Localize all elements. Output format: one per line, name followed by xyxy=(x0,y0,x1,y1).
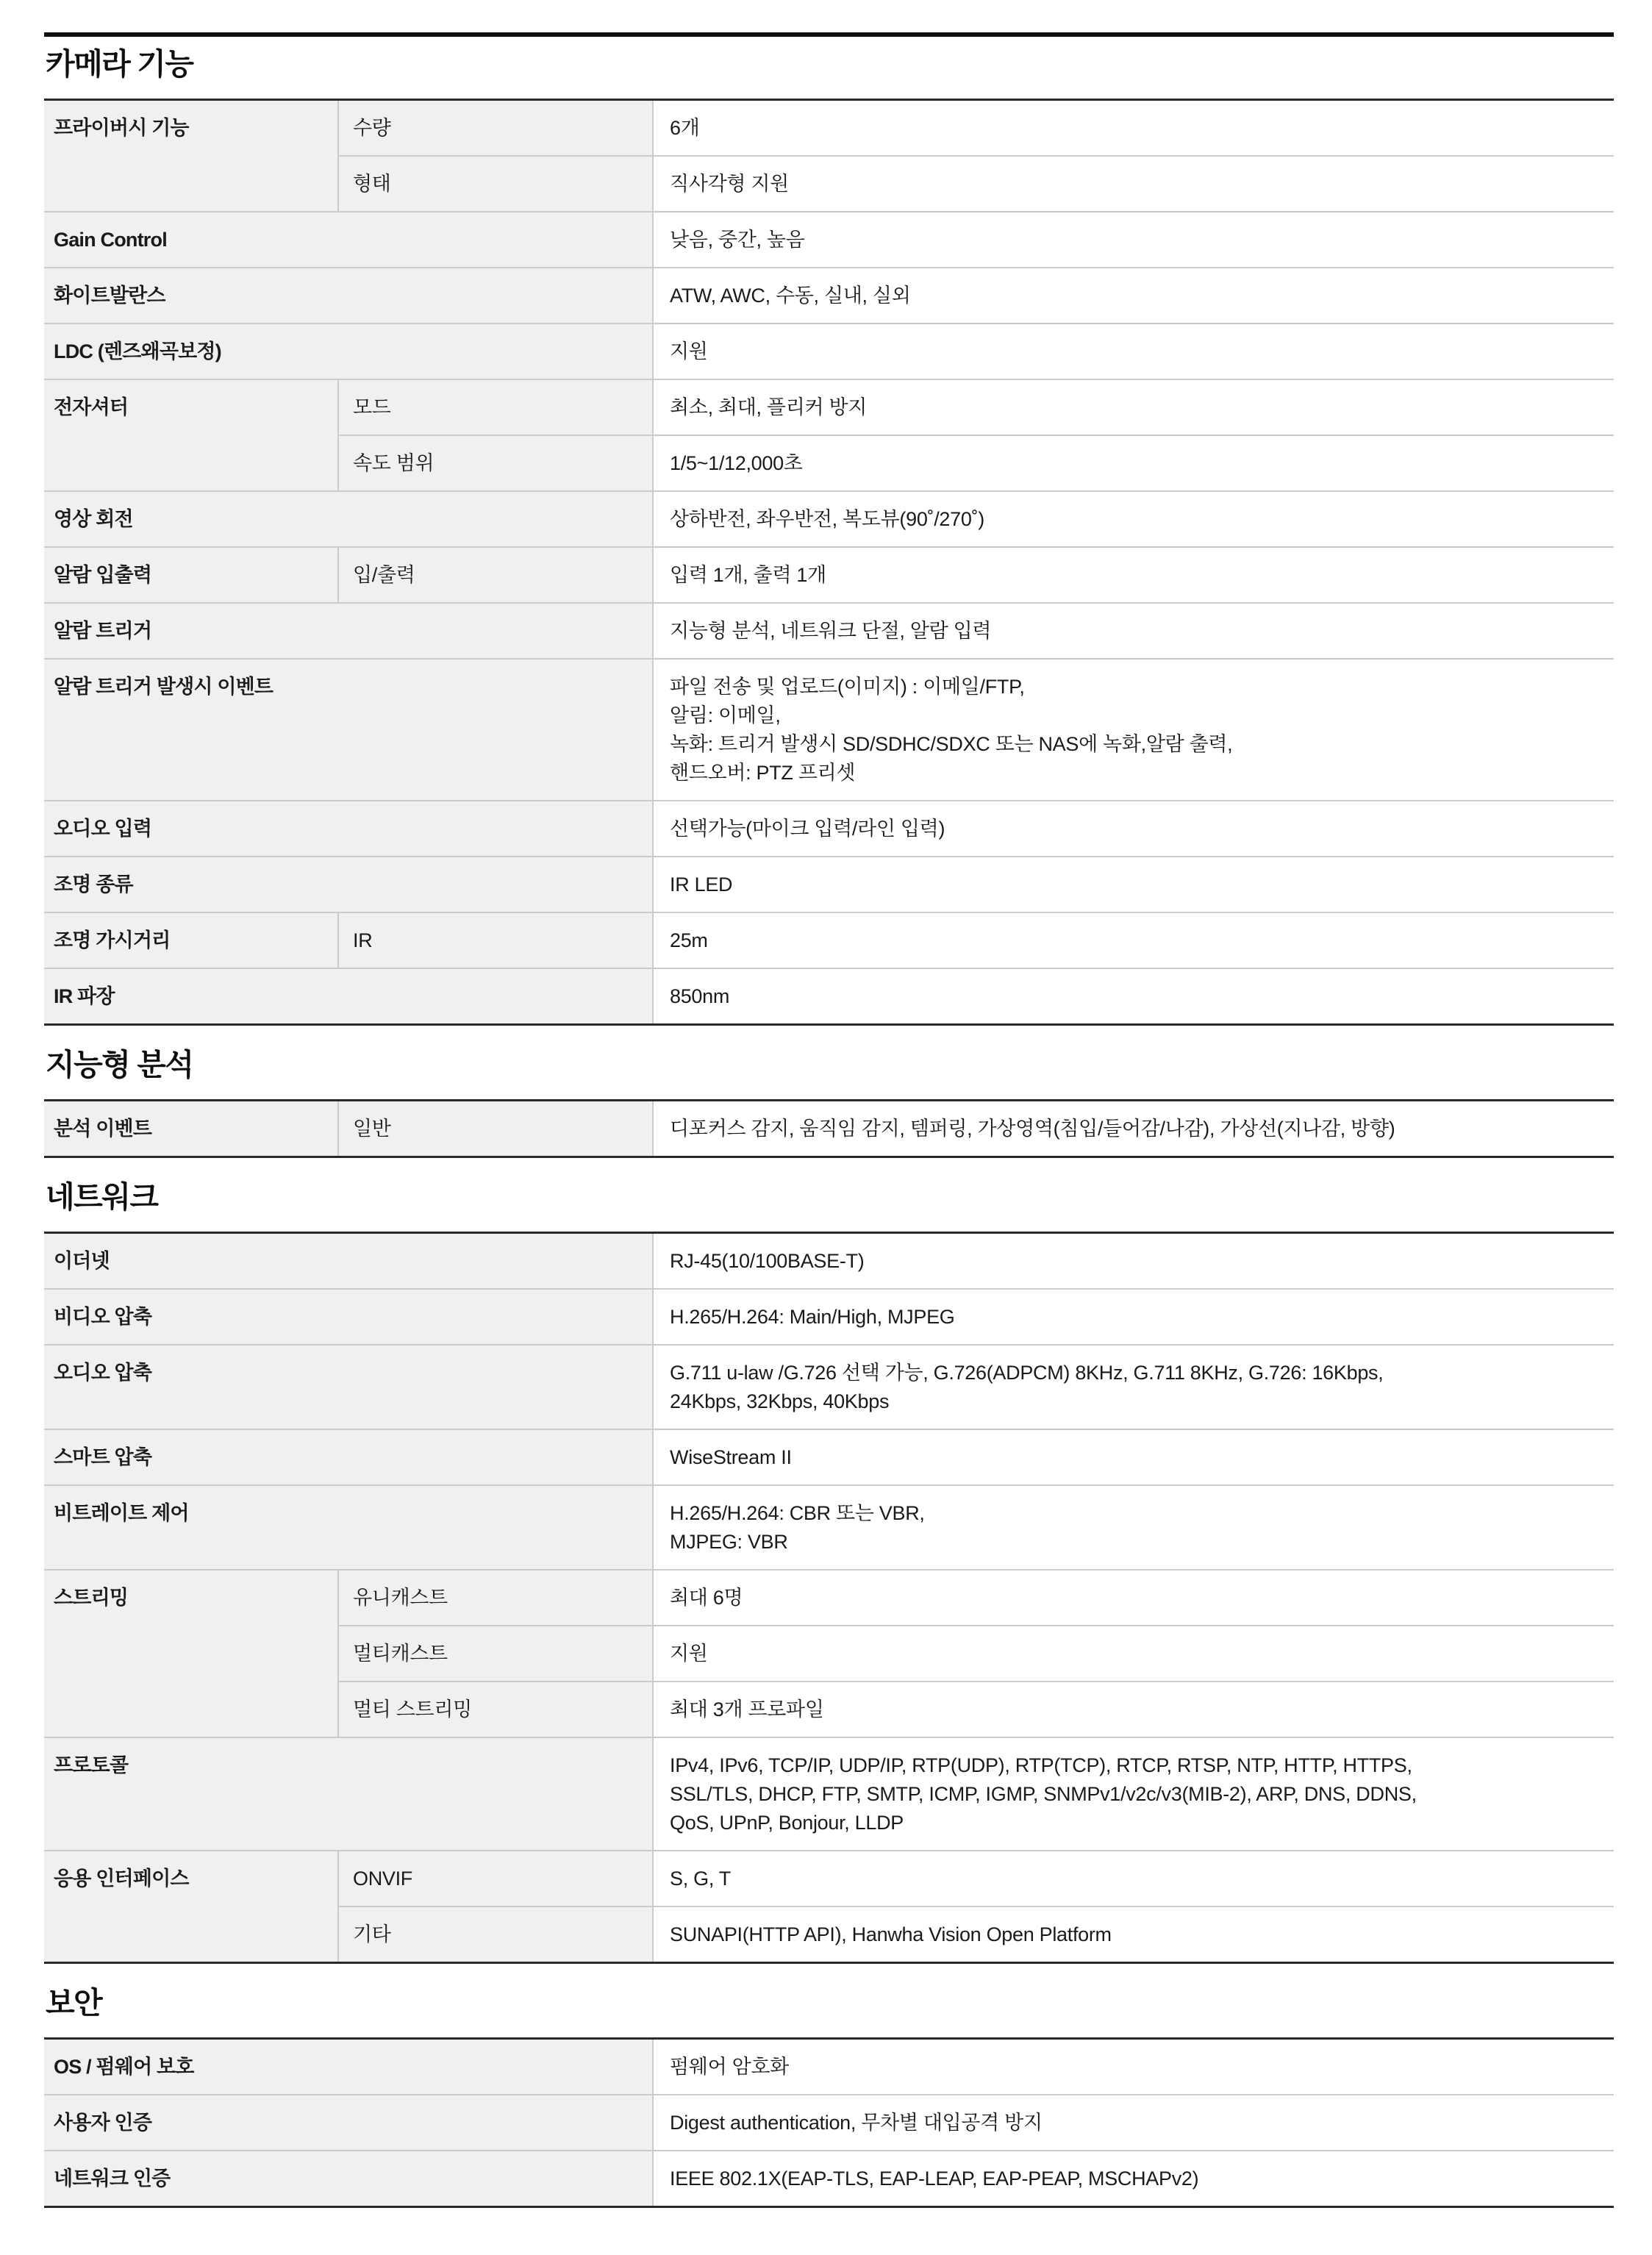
row-value-cell: 상하반전, 좌우반전, 복도뷰(90˚/270˚) xyxy=(653,491,1614,547)
row-value-cell: 1/5~1/12,000초 xyxy=(653,435,1614,491)
row-value-cell: 파일 전송 및 업로드(이미지) : 이메일/FTP,알림: 이메일,녹화: 트… xyxy=(653,659,1614,801)
row-label-cell: 분석 이벤트 xyxy=(44,1101,338,1157)
value-line: 알림: 이메일, xyxy=(670,701,1605,730)
row-value-cell: 지능형 분석, 네트워크 단절, 알람 입력 xyxy=(653,603,1614,659)
row-sublabel-cell: 멀티캐스트 xyxy=(338,1626,653,1682)
value-line: 낮음, 중간, 높음 xyxy=(670,226,1605,254)
table-row: 이더넷RJ-45(10/100BASE-T) xyxy=(44,1233,1614,1290)
table-row: 스마트 압축WiseStream II xyxy=(44,1429,1614,1485)
value-line: QoS, UPnP, Bonjour, LLDP xyxy=(670,1809,1605,1837)
value-line: SSL/TLS, DHCP, FTP, SMTP, ICMP, IGMP, SN… xyxy=(670,1780,1605,1809)
value-line: H.265/H.264: CBR 또는 VBR, xyxy=(670,1499,1605,1528)
row-sublabel-cell: 모드 xyxy=(338,379,653,435)
row-label-cell: 응용 인터페이스 xyxy=(44,1851,338,1963)
spec-section: 보안OS / 펌웨어 보호펌웨어 암호화사용자 인증Digest authent… xyxy=(44,1986,1614,2208)
value-line: 지원 xyxy=(670,337,1605,366)
row-label-cell: 조명 종류 xyxy=(44,857,653,912)
row-label-cell: 비트레이트 제어 xyxy=(44,1485,653,1570)
row-value-cell: Digest authentication, 무차별 대입공격 방지 xyxy=(653,2095,1614,2151)
row-value-cell: IEEE 802.1X(EAP-TLS, EAP-LEAP, EAP-PEAP,… xyxy=(653,2151,1614,2207)
row-sublabel-cell: 입/출력 xyxy=(338,547,653,603)
section-title: 보안 xyxy=(46,1986,1614,2020)
row-label-cell: 화이트발란스 xyxy=(44,268,653,324)
row-sublabel-cell: 형태 xyxy=(338,156,653,212)
row-value-cell: ATW, AWC, 수동, 실내, 실외 xyxy=(653,268,1614,324)
row-value-cell: H.265/H.264: CBR 또는 VBR,MJPEG: VBR xyxy=(653,1485,1614,1570)
value-line: H.265/H.264: Main/High, MJPEG xyxy=(670,1303,1605,1332)
table-row: 프라이버시 기능수량6개 xyxy=(44,100,1614,157)
row-sublabel-cell: IR xyxy=(338,912,653,968)
row-sublabel-cell: 기타 xyxy=(338,1906,653,1963)
row-label-cell: 사용자 인증 xyxy=(44,2095,653,2151)
table-row: 알람 트리거지능형 분석, 네트워크 단절, 알람 입력 xyxy=(44,603,1614,659)
row-label-cell: 프로토콜 xyxy=(44,1737,653,1851)
row-label-cell: 전자셔터 xyxy=(44,379,338,491)
table-row: Gain Control낮음, 중간, 높음 xyxy=(44,212,1614,268)
section-title: 네트워크 xyxy=(46,1180,1614,1214)
row-value-cell: IR LED xyxy=(653,857,1614,912)
row-label-cell: 오디오 입력 xyxy=(44,801,653,857)
spec-section: 지능형 분석분석 이벤트일반디포커스 감지, 움직임 감지, 템퍼링, 가상영역… xyxy=(44,1048,1614,1158)
row-value-cell: WiseStream II xyxy=(653,1429,1614,1485)
table-row: 전자셔터모드최소, 최대, 플리커 방지 xyxy=(44,379,1614,435)
value-line: Digest authentication, 무차별 대입공격 방지 xyxy=(670,2109,1605,2137)
value-line: 지능형 분석, 네트워크 단절, 알람 입력 xyxy=(670,617,1605,646)
value-line: 6개 xyxy=(670,114,1605,143)
row-sublabel-cell: 멀티 스트리밍 xyxy=(338,1682,653,1737)
value-line: 최대 6명 xyxy=(670,1584,1605,1612)
table-row: LDC (렌즈왜곡보정)지원 xyxy=(44,324,1614,379)
row-value-cell: S, G, T xyxy=(653,1851,1614,1906)
value-line: 지원 xyxy=(670,1640,1605,1668)
value-line: 선택가능(마이크 입력/라인 입력) xyxy=(670,815,1605,843)
value-line: IPv4, IPv6, TCP/IP, UDP/IP, RTP(UDP), RT… xyxy=(670,1751,1605,1780)
row-value-cell: 최대 3개 프로파일 xyxy=(653,1682,1614,1737)
table-row: 알람 입출력입/출력입력 1개, 출력 1개 xyxy=(44,547,1614,603)
table-row: 응용 인터페이스ONVIFS, G, T xyxy=(44,1851,1614,1906)
row-label-cell: 스트리밍 xyxy=(44,1570,338,1737)
row-sublabel-cell: 수량 xyxy=(338,100,653,157)
value-line: ATW, AWC, 수동, 실내, 실외 xyxy=(670,282,1605,310)
row-value-cell: RJ-45(10/100BASE-T) xyxy=(653,1233,1614,1290)
table-row: OS / 펌웨어 보호펌웨어 암호화 xyxy=(44,2039,1614,2095)
table-row: 비트레이트 제어H.265/H.264: CBR 또는 VBR,MJPEG: V… xyxy=(44,1485,1614,1570)
value-line: 직사각형 지원 xyxy=(670,170,1605,199)
row-label-cell: 조명 가시거리 xyxy=(44,912,338,968)
page: 카메라 기능프라이버시 기능수량6개형태직사각형 지원Gain Control낮… xyxy=(0,0,1652,2208)
table-row: 화이트발란스ATW, AWC, 수동, 실내, 실외 xyxy=(44,268,1614,324)
value-line: 핸드오버: PTZ 프리셋 xyxy=(670,759,1605,787)
row-value-cell: 지원 xyxy=(653,1626,1614,1682)
spec-document: { "theme": { "rule_black": "#0f0f0f", "t… xyxy=(0,0,1652,2255)
table-row: 분석 이벤트일반디포커스 감지, 움직임 감지, 템퍼링, 가상영역(침입/들어… xyxy=(44,1101,1614,1157)
spec-table: 프라이버시 기능수량6개형태직사각형 지원Gain Control낮음, 중간,… xyxy=(44,99,1614,1026)
row-value-cell: 25m xyxy=(653,912,1614,968)
row-label-cell: 알람 트리거 xyxy=(44,603,653,659)
row-sublabel-cell: 일반 xyxy=(338,1101,653,1157)
spec-section: 네트워크이더넷RJ-45(10/100BASE-T)비디오 압축H.265/H.… xyxy=(44,1180,1614,1964)
row-label-cell: 프라이버시 기능 xyxy=(44,100,338,212)
table-row: 네트워크 인증IEEE 802.1X(EAP-TLS, EAP-LEAP, EA… xyxy=(44,2151,1614,2207)
spec-sections-container: 카메라 기능프라이버시 기능수량6개형태직사각형 지원Gain Control낮… xyxy=(44,47,1614,2208)
row-value-cell: 지원 xyxy=(653,324,1614,379)
value-line: G.711 u-law /G.726 선택 가능, G.726(ADPCM) 8… xyxy=(670,1359,1605,1387)
value-line: IR LED xyxy=(670,871,1605,899)
table-row: 조명 종류IR LED xyxy=(44,857,1614,912)
value-line: 최대 3개 프로파일 xyxy=(670,1695,1605,1724)
value-line: 850nm xyxy=(670,982,1605,1011)
row-value-cell: 850nm xyxy=(653,968,1614,1025)
row-label-cell: 이더넷 xyxy=(44,1233,653,1290)
row-value-cell: 최대 6명 xyxy=(653,1570,1614,1626)
table-row: 조명 가시거리IR25m xyxy=(44,912,1614,968)
row-sublabel-cell: 속도 범위 xyxy=(338,435,653,491)
row-value-cell: 직사각형 지원 xyxy=(653,156,1614,212)
value-line: 펌웨어 암호화 xyxy=(670,2053,1605,2081)
row-value-cell: 6개 xyxy=(653,100,1614,157)
value-line: IEEE 802.1X(EAP-TLS, EAP-LEAP, EAP-PEAP,… xyxy=(670,2165,1605,2193)
table-row: IR 파장850nm xyxy=(44,968,1614,1025)
row-value-cell: 최소, 최대, 플리커 방지 xyxy=(653,379,1614,435)
spec-section: 카메라 기능프라이버시 기능수량6개형태직사각형 지원Gain Control낮… xyxy=(44,47,1614,1026)
row-label-cell: 스마트 압축 xyxy=(44,1429,653,1485)
value-line: SUNAPI(HTTP API), Hanwha Vision Open Pla… xyxy=(670,1920,1605,1949)
value-line: RJ-45(10/100BASE-T) xyxy=(670,1247,1605,1276)
row-sublabel-cell: 유니캐스트 xyxy=(338,1570,653,1626)
spec-table: 분석 이벤트일반디포커스 감지, 움직임 감지, 템퍼링, 가상영역(침입/들어… xyxy=(44,1099,1614,1158)
row-label-cell: OS / 펌웨어 보호 xyxy=(44,2039,653,2095)
row-value-cell: 펌웨어 암호화 xyxy=(653,2039,1614,2095)
top-rule xyxy=(44,32,1614,37)
value-line: 녹화: 트리거 발생시 SD/SDHC/SDXC 또는 NAS에 녹화,알람 출… xyxy=(670,730,1605,759)
row-value-cell: IPv4, IPv6, TCP/IP, UDP/IP, RTP(UDP), RT… xyxy=(653,1737,1614,1851)
row-value-cell: SUNAPI(HTTP API), Hanwha Vision Open Pla… xyxy=(653,1906,1614,1963)
value-line: 상하반전, 좌우반전, 복도뷰(90˚/270˚) xyxy=(670,505,1605,534)
row-label-cell: 알람 트리거 발생시 이벤트 xyxy=(44,659,653,801)
value-line: 파일 전송 및 업로드(이미지) : 이메일/FTP, xyxy=(670,673,1605,701)
row-value-cell: 낮음, 중간, 높음 xyxy=(653,212,1614,268)
value-line: 24Kbps, 32Kbps, 40Kbps xyxy=(670,1387,1605,1416)
value-line: 입력 1개, 출력 1개 xyxy=(670,561,1605,590)
value-line: 1/5~1/12,000초 xyxy=(670,449,1605,478)
value-line: 디포커스 감지, 움직임 감지, 템퍼링, 가상영역(침입/들어감/나감), 가… xyxy=(670,1115,1605,1143)
row-label-cell: 네트워크 인증 xyxy=(44,2151,653,2207)
spec-table: OS / 펌웨어 보호펌웨어 암호화사용자 인증Digest authentic… xyxy=(44,2037,1614,2208)
value-line: 최소, 최대, 플리커 방지 xyxy=(670,393,1605,422)
value-line: S, G, T xyxy=(670,1865,1605,1893)
table-row: 비디오 압축H.265/H.264: Main/High, MJPEG xyxy=(44,1289,1614,1345)
row-label-cell: IR 파장 xyxy=(44,968,653,1025)
row-label-cell: 비디오 압축 xyxy=(44,1289,653,1345)
value-line: MJPEG: VBR xyxy=(670,1528,1605,1557)
table-row: 오디오 압축G.711 u-law /G.726 선택 가능, G.726(AD… xyxy=(44,1345,1614,1429)
section-title: 지능형 분석 xyxy=(46,1048,1614,1082)
section-title: 카메라 기능 xyxy=(46,47,1614,81)
row-value-cell: 디포커스 감지, 움직임 감지, 템퍼링, 가상영역(침입/들어감/나감), 가… xyxy=(653,1101,1614,1157)
row-label-cell: 영상 회전 xyxy=(44,491,653,547)
table-row: 프로토콜IPv4, IPv6, TCP/IP, UDP/IP, RTP(UDP)… xyxy=(44,1737,1614,1851)
row-label-cell: 알람 입출력 xyxy=(44,547,338,603)
row-value-cell: 선택가능(마이크 입력/라인 입력) xyxy=(653,801,1614,857)
table-row: 알람 트리거 발생시 이벤트파일 전송 및 업로드(이미지) : 이메일/FTP… xyxy=(44,659,1614,801)
table-row: 영상 회전상하반전, 좌우반전, 복도뷰(90˚/270˚) xyxy=(44,491,1614,547)
row-value-cell: G.711 u-law /G.726 선택 가능, G.726(ADPCM) 8… xyxy=(653,1345,1614,1429)
table-row: 스트리밍유니캐스트최대 6명 xyxy=(44,1570,1614,1626)
spec-table: 이더넷RJ-45(10/100BASE-T)비디오 압축H.265/H.264:… xyxy=(44,1232,1614,1964)
row-value-cell: H.265/H.264: Main/High, MJPEG xyxy=(653,1289,1614,1345)
table-row: 사용자 인증Digest authentication, 무차별 대입공격 방지 xyxy=(44,2095,1614,2151)
value-line: 25m xyxy=(670,926,1605,955)
row-sublabel-cell: ONVIF xyxy=(338,1851,653,1906)
row-value-cell: 입력 1개, 출력 1개 xyxy=(653,547,1614,603)
row-label-cell: 오디오 압축 xyxy=(44,1345,653,1429)
value-line: WiseStream II xyxy=(670,1443,1605,1472)
row-label-cell: Gain Control xyxy=(44,212,653,268)
table-row: 오디오 입력선택가능(마이크 입력/라인 입력) xyxy=(44,801,1614,857)
row-label-cell: LDC (렌즈왜곡보정) xyxy=(44,324,653,379)
